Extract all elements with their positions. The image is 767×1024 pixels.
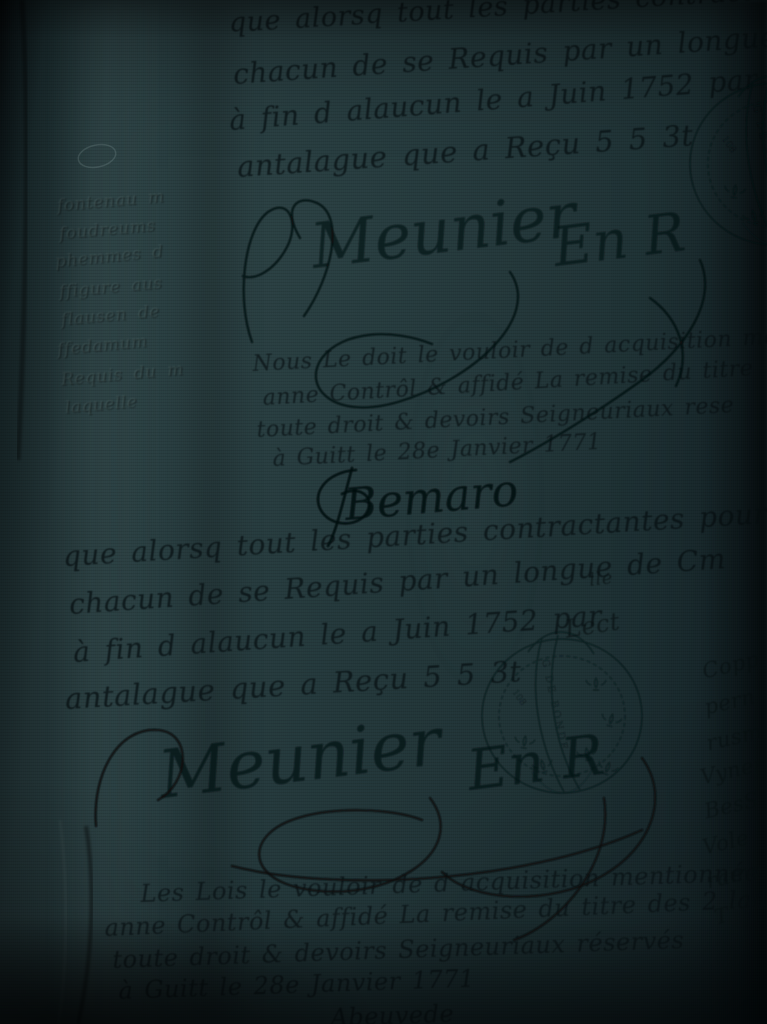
signature-lower: Meunier En R (96, 703, 656, 940)
small-oval-mark (76, 141, 118, 170)
crease-bottom-left-highlight (58, 820, 66, 1024)
signature-central: Bemaro (318, 465, 520, 546)
seal-top-right-icon (690, 76, 767, 245)
crease-bottom-left (78, 826, 92, 1024)
signature-upper: Meunier En R (243, 178, 705, 462)
embroidery-overlay: G DE BONDE 108 Meunier En R (0, 0, 767, 1024)
signature-central-name: Bemaro (342, 465, 521, 531)
fabric-photo: que alorsq tout les parties contractante… (0, 0, 767, 1024)
crease-left-edge (18, 0, 26, 460)
signature-upper-name: Meunier (306, 178, 583, 283)
signature-lower-name: Meunier (154, 703, 449, 815)
